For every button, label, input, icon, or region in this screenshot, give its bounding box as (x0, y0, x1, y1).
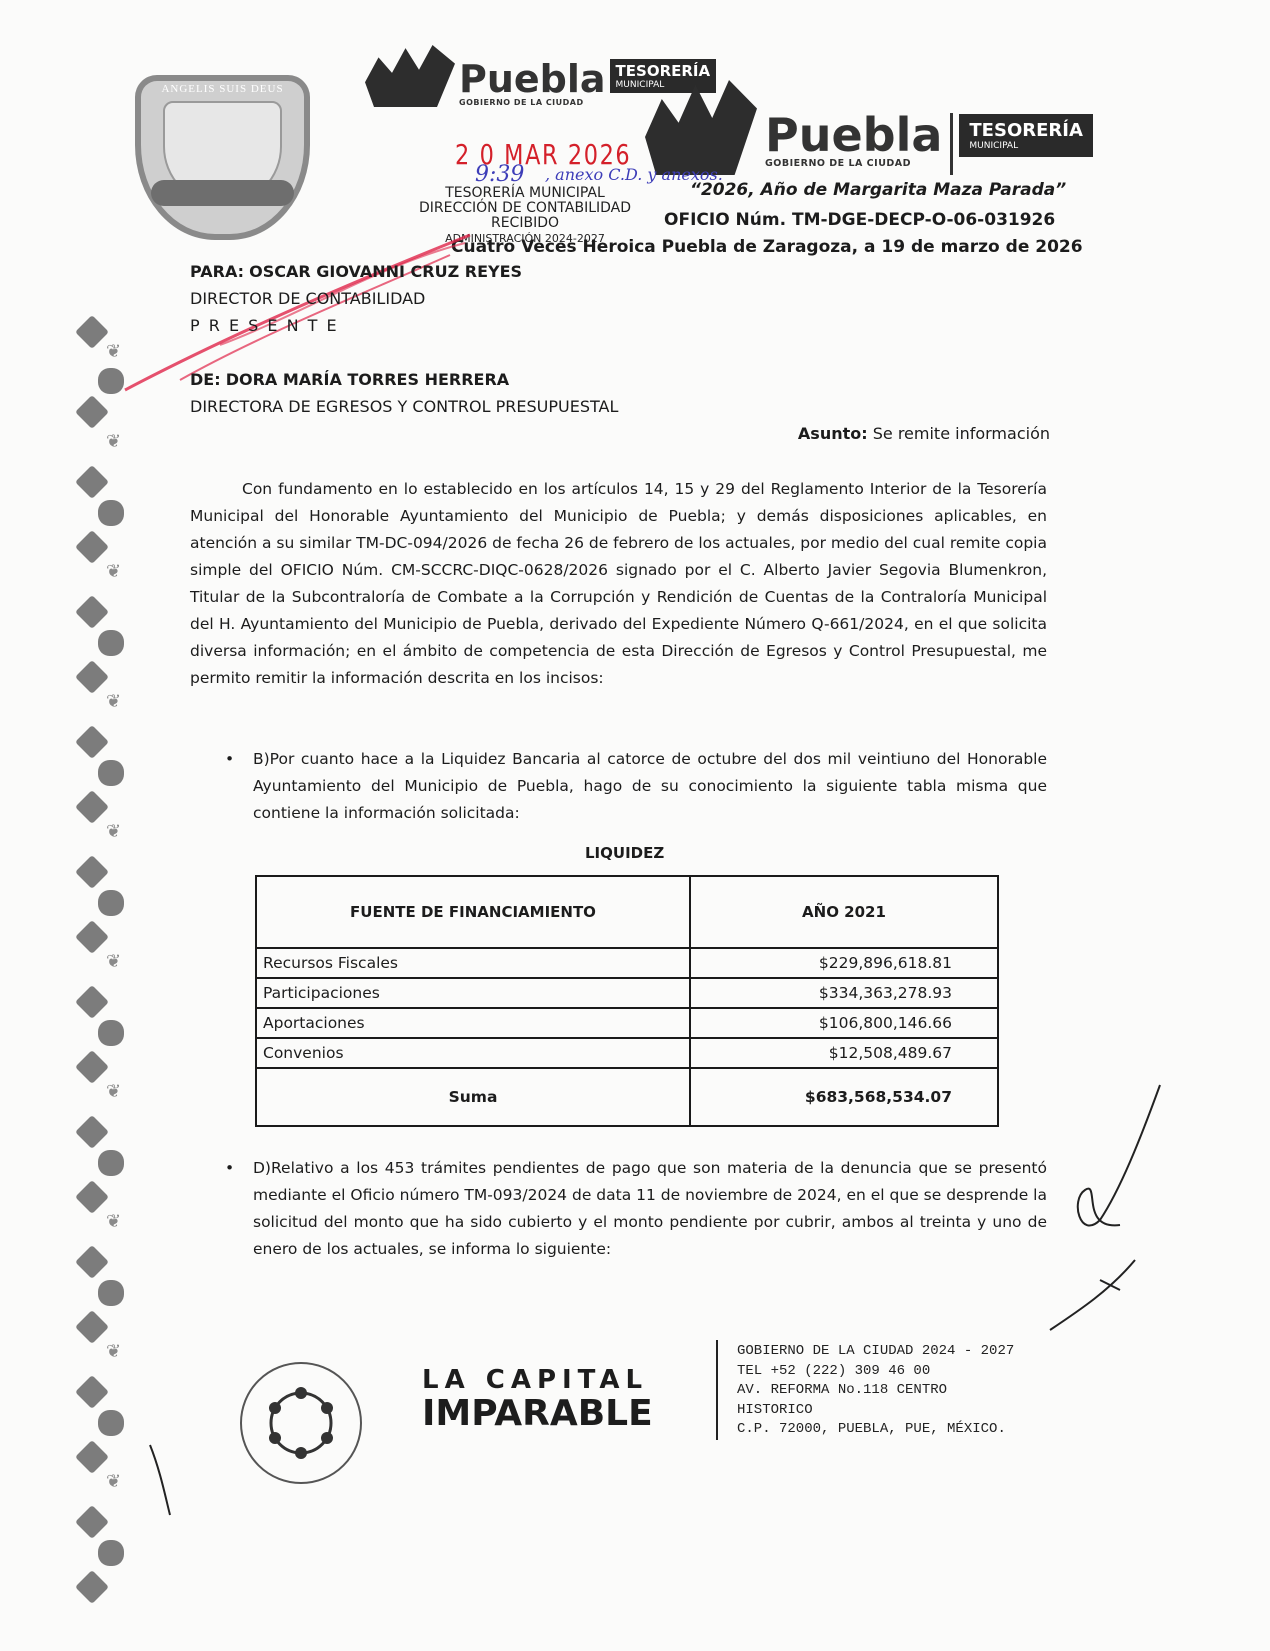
oficio-number: OFICIO Núm. TM-DGE-DECP-O-06-031926 (664, 210, 1055, 230)
puebla-logo-large: Puebla GOBIERNO DE LA CIUDAD TESORERÍA M… (645, 80, 1093, 175)
la-capital-imparable-logo: LA CAPITAL IMPARABLE (422, 1365, 653, 1434)
place-and-date: Cuatro Veces Heroica Puebla de Zaragoza,… (451, 237, 1083, 257)
puebla-city-mark-icon (365, 45, 455, 107)
table-header-row: FUENTE DE FINANCIAMIENTO AÑO 2021 (256, 876, 998, 948)
bullet-item-b: • B)Por cuanto hace a la Liquidez Bancar… (225, 746, 1047, 827)
table-row: Aportaciones $106,800,146.66 (256, 1008, 998, 1038)
tesoreria-badge: TESORERÍA MUNICIPAL (959, 114, 1092, 157)
initials-signature (1040, 1080, 1170, 1340)
margin-mark (145, 1440, 185, 1520)
municipal-shield-logo: ANGELIS SUIS DEUS (135, 75, 310, 240)
footer-contact-info: GOBIERNO DE LA CIUDAD 2024 - 2027 TEL +5… (737, 1342, 1014, 1440)
table-row: Participaciones $334,363,278.93 (256, 978, 998, 1008)
footer-divider (716, 1340, 718, 1440)
puebla-city-mark-icon (645, 80, 757, 175)
shield-clouds (151, 180, 294, 206)
sender-name: DE: DORA MARÍA TORRES HERRERA (190, 370, 509, 389)
table-row: Convenios $12,508,489.67 (256, 1038, 998, 1068)
table-row: Recursos Fiscales $229,896,618.81 (256, 948, 998, 978)
body-paragraph: Con fundamento en lo establecido en los … (190, 476, 1047, 692)
table-title: LIQUIDEZ (585, 844, 664, 862)
bullet-item-d: • D)Relativo a los 453 trámites pendient… (225, 1155, 1047, 1263)
recipient-title: DIRECTOR DE CONTABILIDAD (190, 289, 425, 308)
handwritten-time: 9:39 (475, 162, 524, 187)
sender-title: DIRECTORA DE EGRESOS Y CONTROL PRESUPUES… (190, 397, 618, 416)
ornamental-border: ❦ ❦ ❦ ❦ ❦ ❦ ❦ ❦ ❦ ❦ (70, 320, 130, 1600)
year-motto: “2026, Año de Margarita Maza Parada” (690, 180, 1066, 200)
liquidity-table: FUENTE DE FINANCIAMIENTO AÑO 2021 Recurs… (255, 875, 999, 1127)
presente: P R E S E N T E (190, 316, 339, 335)
recipient-name: PARA: OSCAR GIOVANNI CRUZ REYES (190, 262, 522, 281)
equality-certification-seal (240, 1362, 362, 1484)
shield-motto: ANGELIS SUIS DEUS (141, 83, 304, 95)
subject: Asunto: Se remite información (798, 424, 1050, 443)
table-total-row: Suma $683,568,534.07 (256, 1068, 998, 1126)
